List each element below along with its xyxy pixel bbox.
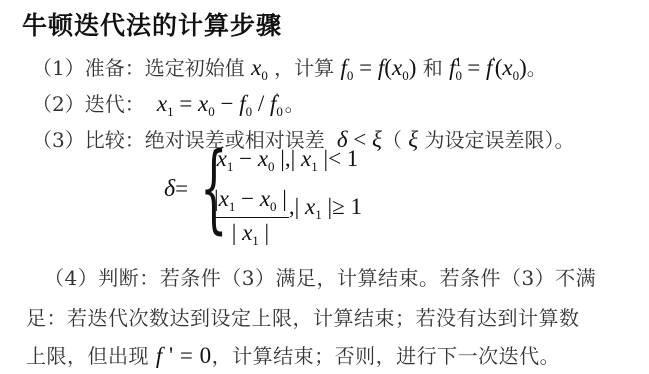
step-4-line-2: 足：若迭代次数达到设定上限，计算结束；若没有达到计算数 <box>26 302 580 331</box>
step-3-note: 为设定误差限）。 <box>424 128 574 152</box>
step-2-end: 。 <box>285 92 305 116</box>
and-text: 和 <box>423 56 443 80</box>
step-1-end: 。 <box>527 56 547 80</box>
step-4-line-3: 上限，但出现 f ' = 0，计算结束；否则，进行下一次迭代。 <box>26 340 560 369</box>
formula-f0: f0 = f(x0) <box>341 55 417 80</box>
delta-lhs: δ= <box>164 176 188 203</box>
step-1-mid: ，计算 <box>274 56 334 80</box>
piecewise-delta-definition: δ= { |x1 − x0 |,| x1 |< 1 |x1 − x0 | | x… <box>160 146 400 246</box>
step-4-line-1: （4）判断：若条件（3）满足，计算结束。若条件（3）不满 <box>44 262 596 291</box>
step-1: （1）准备：选定初始值 x0 ，计算 f0 = f(x0) 和 f01 = f'… <box>32 52 547 84</box>
relative-error-fraction: |x1 − x0 | | x1 | <box>212 186 289 249</box>
page-title: 牛顿迭代法的计算步骤 <box>22 6 282 42</box>
xi-symbol: ξ <box>408 127 418 152</box>
step-4-line-3-end: ，计算结束；否则，进行下一次迭代。 <box>212 344 561 368</box>
step-4-line-3-start: 上限，但出现 <box>26 344 149 368</box>
formula-f0-prime: f01 = f'(x0) <box>449 55 527 80</box>
step-2: （2）迭代： x1 = x0 − f0 / f0' 。 <box>32 88 305 120</box>
iteration-formula: x1 = x0 − f0 / f0' <box>151 91 278 116</box>
case-relative-error: |x1 − x0 | | x1 | ,| x1 |≥ 1 <box>212 186 362 249</box>
derivative-zero-condition: f ' = 0 <box>156 343 212 368</box>
step-2-label: （2）迭代： <box>32 92 145 116</box>
step-1-label: （1）准备：选定初始值 <box>32 56 245 80</box>
case-absolute-error: |x1 − x0 |,| x1 |< 1 <box>212 146 358 175</box>
initial-value-symbol: x0 <box>251 55 268 80</box>
